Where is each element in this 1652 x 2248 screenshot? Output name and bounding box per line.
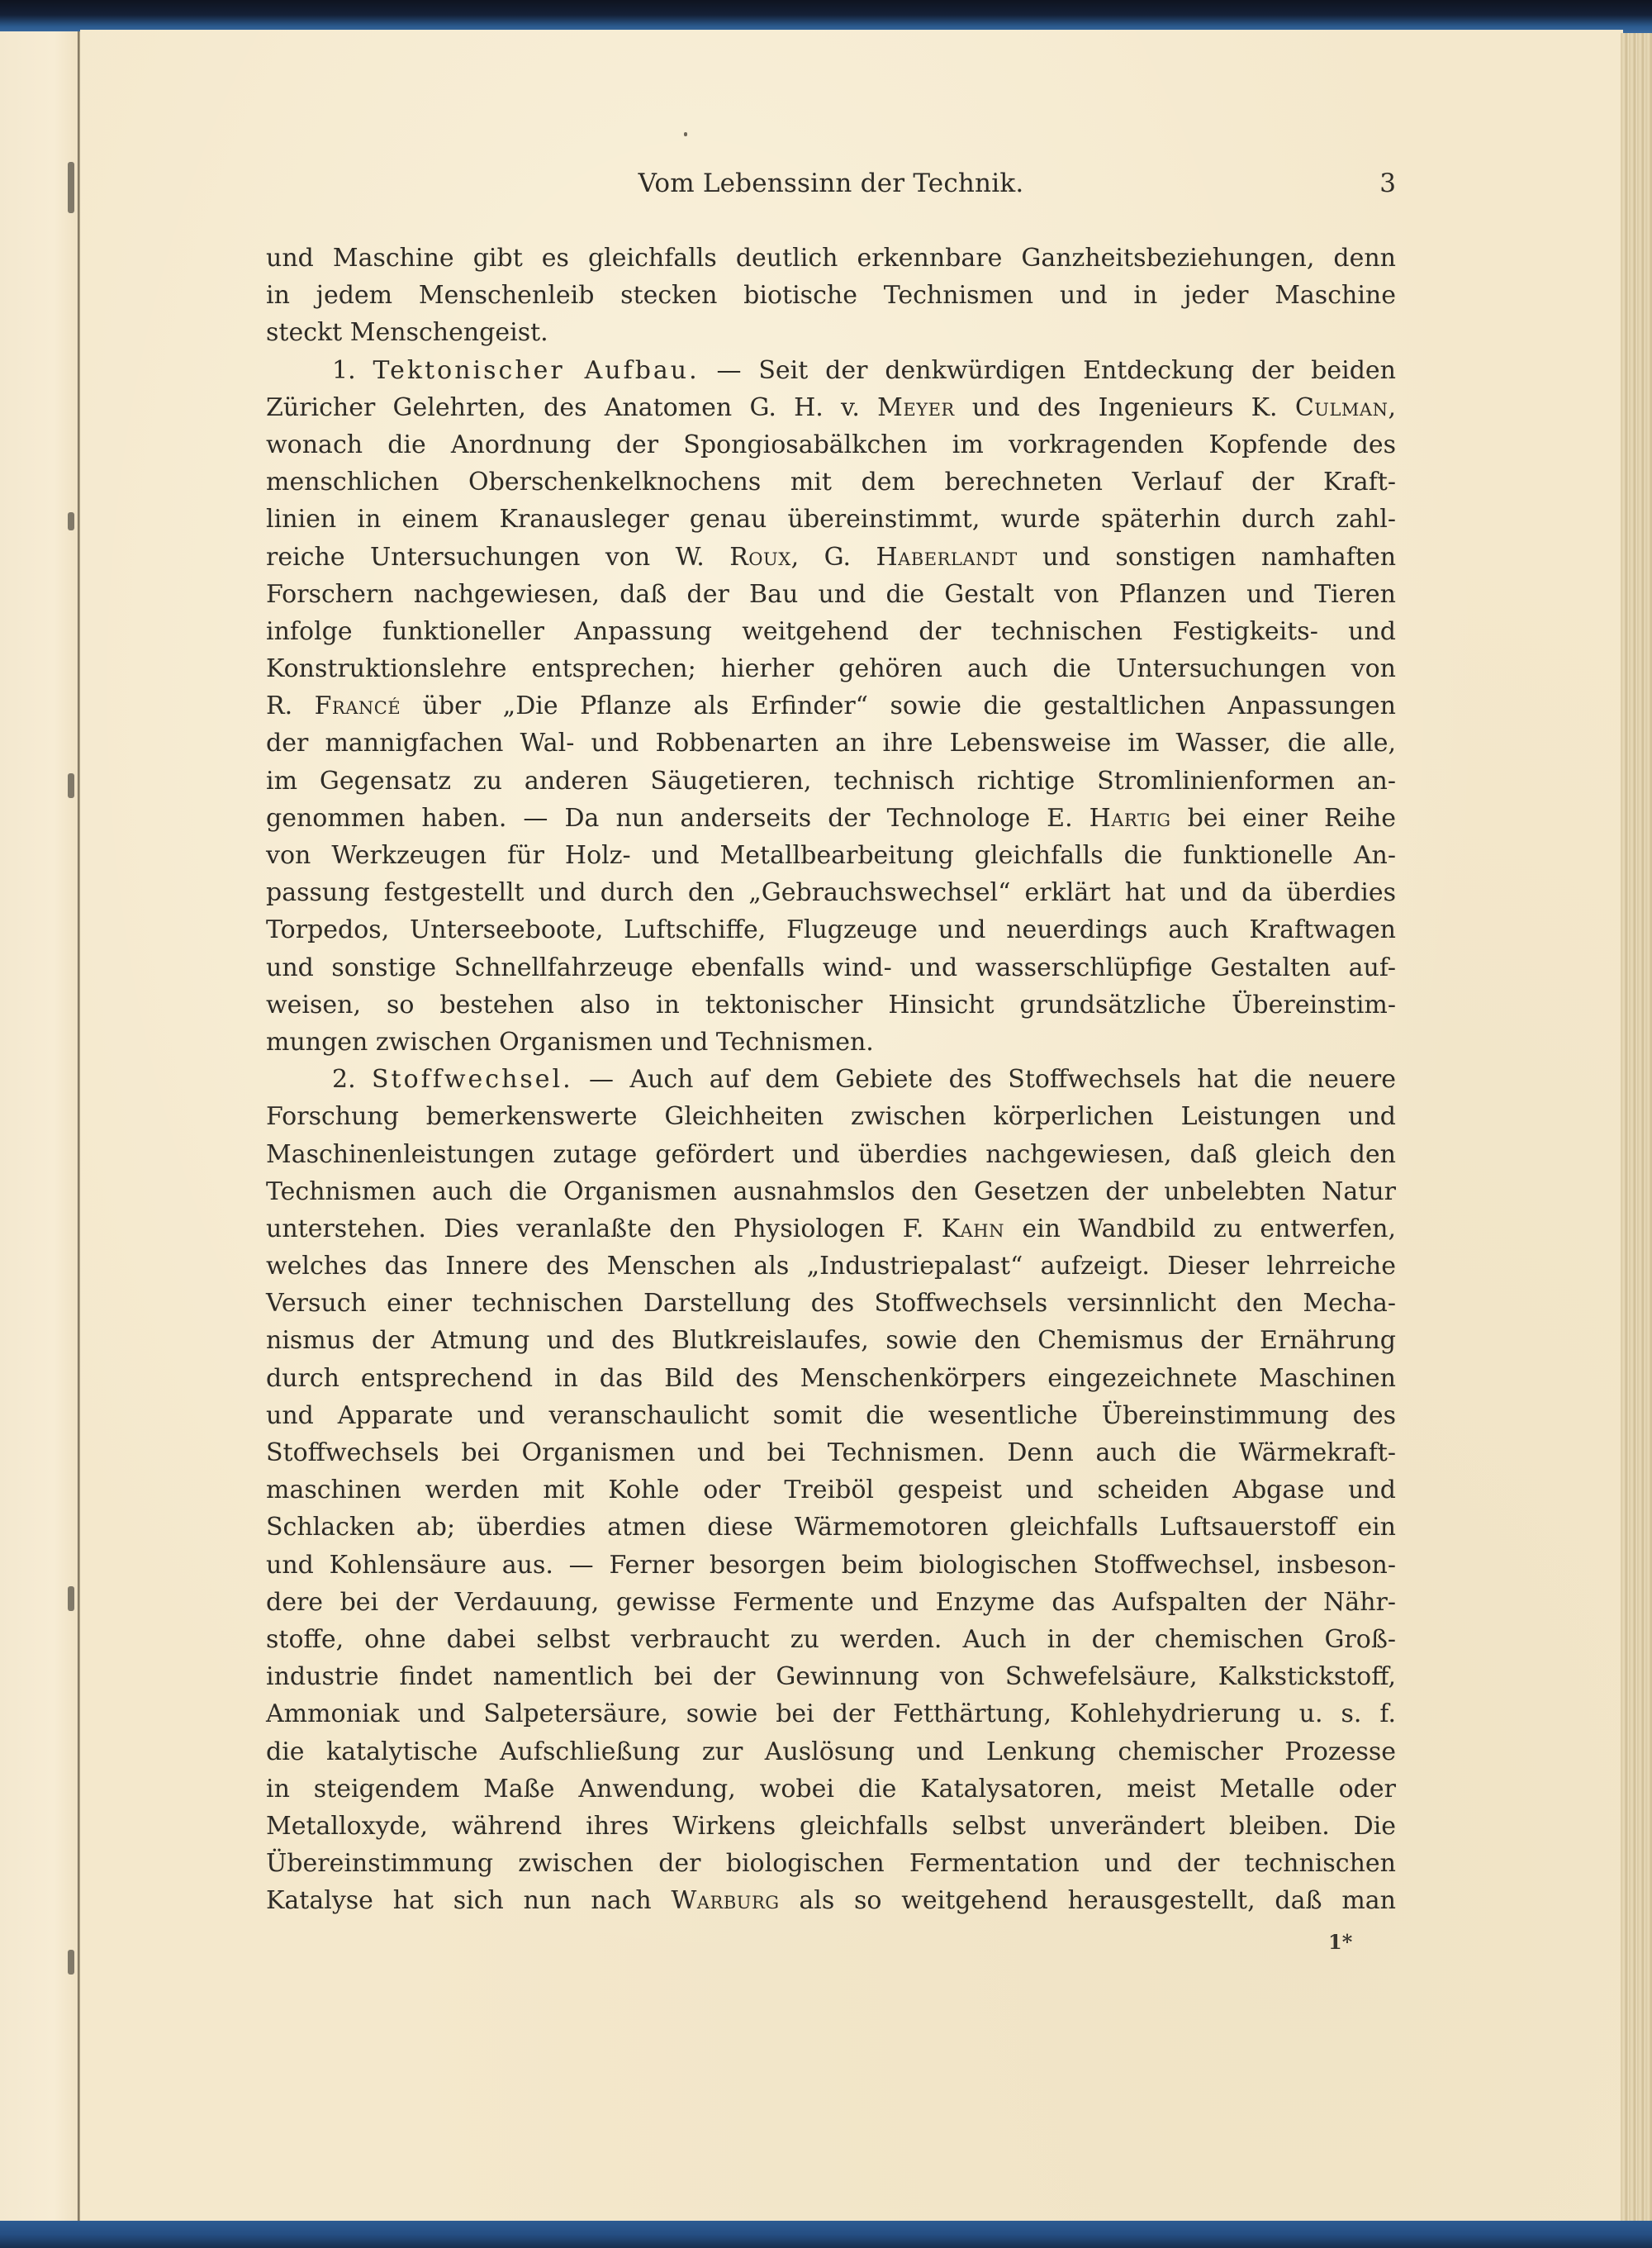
section-number: 2. <box>332 1065 372 1094</box>
text-line: nismus der Atmung und des Blutkreislaufe… <box>266 1322 1396 1359</box>
text-line: 2. Stoffwechsel. — Auch auf dem Gebiete … <box>266 1061 1396 1098</box>
author-name: Warburg <box>672 1886 780 1915</box>
text-run: , <box>1388 393 1396 422</box>
text-run: Forschung bemerkenswerte Gleichheiten zw… <box>266 1102 1396 1131</box>
body-text: und Maschine gibt es gleichfalls deutlic… <box>266 240 1396 1919</box>
text-line: R. Francé über „Die Pflanze als Erfinder… <box>266 687 1396 725</box>
text-line: im Gegensatz zu anderen Säugetieren, tec… <box>266 763 1396 800</box>
text-line: von Werkzeugen für Holz- und Metallbearb… <box>266 837 1396 874</box>
text-run: Technismen auch die Organismen ausnahmsl… <box>266 1177 1396 1206</box>
text-run: bei einer Reihe <box>1171 804 1396 833</box>
text-run: linien in einem Kranausleger genau übere… <box>266 505 1396 534</box>
author-name: Kahn <box>942 1214 1004 1243</box>
text-run: als so weitgehend herausgestellt, daß ma… <box>780 1886 1396 1915</box>
text-run: in jedem Menschenleib stecken biotische … <box>266 281 1396 310</box>
text-line: reiche Untersuchungen von W. Roux, G. Ha… <box>266 539 1396 576</box>
text-run: industrie findet namentlich bei der Gewi… <box>266 1662 1396 1691</box>
running-title: Vom Lebenssinn der Technik. <box>266 169 1396 198</box>
text-line: Versuch einer technischen Darstellung de… <box>266 1285 1396 1322</box>
author-name: Hartig <box>1089 804 1171 833</box>
text-run: — Seit der denkwürdigen Entdeckung der b… <box>700 356 1396 385</box>
text-run: und Kohlensäure aus. — Ferner besorgen b… <box>266 1551 1396 1580</box>
text-line: welches das Innere des Menschen als „Ind… <box>266 1248 1396 1285</box>
binding-thread-mark <box>68 773 74 798</box>
text-line: und sonstige Schnellfahrzeuge ebenfalls … <box>266 949 1396 986</box>
author-name: Culman <box>1295 393 1389 422</box>
text-line: passung festgestellt und durch den „Gebr… <box>266 874 1396 911</box>
text-run: maschinen werden mit Kohle oder Treiböl … <box>266 1476 1396 1504</box>
text-run: Stoffwechsels bei Organismen und bei Tec… <box>266 1438 1396 1467</box>
text-run: Versuch einer technischen Darstellung de… <box>266 1289 1396 1318</box>
text-run: dere bei der Verdauung, gewisse Fermente… <box>266 1588 1396 1617</box>
author-name: Meyer <box>877 393 955 422</box>
text-run: über „Die Pflanze als Erfinder“ sowie di… <box>401 692 1396 720</box>
text-line: und Apparate und veranschaulicht somit d… <box>266 1397 1396 1434</box>
author-name: Francé <box>315 692 401 720</box>
text-run: in steigendem Maße Anwendung, wobei die … <box>266 1775 1396 1804</box>
text-line: die katalytische Aufschließung zur Auslö… <box>266 1733 1396 1770</box>
text-run: R. <box>266 692 315 720</box>
text-run: ein Wandbild zu entwerfen, <box>1004 1214 1396 1243</box>
cloth-binding-bottom <box>0 2221 1652 2248</box>
binding-thread-mark <box>68 1950 74 1975</box>
text-line: Forschern nachgewiesen, daß der Bau und … <box>266 576 1396 613</box>
page-number: 3 <box>1379 169 1396 198</box>
text-run: und sonstige Schnellfahrzeuge ebenfalls … <box>266 953 1396 982</box>
text-run: und sonstigen namhaften <box>1018 543 1396 572</box>
text-run: Übereinstimmung zwischen der biologische… <box>266 1849 1396 1878</box>
text-line: und Kohlensäure aus. — Ferner besorgen b… <box>266 1547 1396 1584</box>
text-run: und des Ingenieurs K. <box>955 393 1295 422</box>
text-run: die katalytische Aufschließung zur Auslö… <box>266 1737 1396 1766</box>
text-run: Konstruktionslehre entsprechen; hierher … <box>266 654 1396 683</box>
text-line: wonach die Anordnung der Spongiosabälkch… <box>266 426 1396 463</box>
binding-thread-mark <box>68 512 74 530</box>
section-number: 1. <box>332 356 373 385</box>
section-heading: Stoffwechsel. <box>372 1065 573 1094</box>
text-run: reiche Untersuchungen von W. <box>266 543 729 572</box>
text-run: der mannigfachen Wal- und Robbenarten an… <box>266 729 1396 758</box>
text-run: passung festgestellt und durch den „Gebr… <box>266 878 1396 907</box>
text-run: Züricher Gelehrten, des Anatomen G. H. v… <box>266 393 877 422</box>
text-line: Züricher Gelehrten, des Anatomen G. H. v… <box>266 389 1396 426</box>
text-line: mungen zwischen Organismen und Technisme… <box>266 1024 1396 1061</box>
text-line: der mannigfachen Wal- und Robbenarten an… <box>266 725 1396 762</box>
text-line: Schlacken ab; überdies atmen diese Wärme… <box>266 1509 1396 1546</box>
text-run: und Maschine gibt es gleichfalls deutlic… <box>266 244 1396 273</box>
text-run: welches das Innere des Menschen als „Ind… <box>266 1252 1396 1281</box>
cloth-binding-top <box>0 0 1652 33</box>
running-header: Vom Lebenssinn der Technik. 3 <box>266 169 1396 205</box>
text-line: linien in einem Kranausleger genau übere… <box>266 501 1396 538</box>
text-run: , G. <box>791 543 876 572</box>
text-run: durch entsprechend in das Bild des Mensc… <box>266 1364 1396 1393</box>
text-line: Ammoniak und Salpetersäure, sowie bei de… <box>266 1695 1396 1732</box>
text-line: Katalyse hat sich nun nach Warburg als s… <box>266 1882 1396 1919</box>
text-line: in steigendem Maße Anwendung, wobei die … <box>266 1770 1396 1808</box>
book-scan: Vom Lebenssinn der Technik. 3 und Maschi… <box>0 0 1652 2248</box>
text-line: Torpedos, Unterseeboote, Luftschiffe, Fl… <box>266 911 1396 948</box>
text-line: in jedem Menschenleib stecken biotische … <box>266 277 1396 314</box>
text-line: weisen, so bestehen also in tektonischer… <box>266 986 1396 1024</box>
text-run: stoffe, ohne dabei selbst verbraucht zu … <box>266 1625 1396 1654</box>
text-run: — Auch auf dem Gebiete des Stoffwechsels… <box>573 1065 1396 1094</box>
text-line: Forschung bemerkenswerte Gleichheiten zw… <box>266 1098 1396 1135</box>
author-name: Roux <box>729 543 790 572</box>
text-run: Torpedos, Unterseeboote, Luftschiffe, Fl… <box>266 915 1396 944</box>
text-run: genommen haben. — Da nun anderseits der … <box>266 804 1089 833</box>
printer-dot <box>684 132 687 136</box>
text-line: und Maschine gibt es gleichfalls deutlic… <box>266 240 1396 277</box>
page-stack-edges <box>1621 33 1652 2222</box>
text-run: mungen zwischen Organismen und Technisme… <box>266 1028 874 1057</box>
section-heading: Tektonischer Aufbau. <box>373 356 699 385</box>
text-line: industrie findet namentlich bei der Gewi… <box>266 1658 1396 1695</box>
text-run: unterstehen. Dies veranlaßte den Physiol… <box>266 1214 942 1243</box>
text-run: Forschern nachgewiesen, daß der Bau und … <box>266 580 1396 609</box>
text-run: von Werkzeugen für Holz- und Metallbearb… <box>266 841 1396 870</box>
text-line: unterstehen. Dies veranlaßte den Physiol… <box>266 1210 1396 1248</box>
text-line: Stoffwechsels bei Organismen und bei Tec… <box>266 1434 1396 1471</box>
text-run: steckt Menschengeist. <box>266 318 548 347</box>
text-line: Technismen auch die Organismen ausnahmsl… <box>266 1173 1396 1210</box>
text-line: maschinen werden mit Kohle oder Treiböl … <box>266 1471 1396 1509</box>
text-line: genommen haben. — Da nun anderseits der … <box>266 800 1396 837</box>
text-run: Metalloxyde, während ihres Wirkens gleic… <box>266 1812 1396 1841</box>
text-run: nismus der Atmung und des Blutkreislaufe… <box>266 1326 1396 1355</box>
text-run: Ammoniak und Salpetersäure, sowie bei de… <box>266 1699 1396 1728</box>
text-line: steckt Menschengeist. <box>266 314 1396 351</box>
text-run: Schlacken ab; überdies atmen diese Wärme… <box>266 1513 1396 1542</box>
author-name: Haberlandt <box>876 543 1017 572</box>
text-run: menschlichen Oberschenkelknochens mit de… <box>266 468 1396 497</box>
text-run: weisen, so bestehen also in tektonischer… <box>266 991 1396 1019</box>
text-line: dere bei der Verdauung, gewisse Fermente… <box>266 1584 1396 1621</box>
text-line: infolge funktioneller Anpassung weitgehe… <box>266 613 1396 650</box>
facing-page-edge <box>0 31 78 2225</box>
text-line: Übereinstimmung zwischen der biologische… <box>266 1845 1396 1882</box>
text-run: Maschinenleistungen zutage gefördert und… <box>266 1140 1396 1169</box>
text-run: im Gegensatz zu anderen Säugetieren, tec… <box>266 767 1396 796</box>
text-run: Katalyse hat sich nun nach <box>266 1886 672 1915</box>
signature-mark: 1* <box>1328 1930 1352 1954</box>
text-line: stoffe, ohne dabei selbst verbraucht zu … <box>266 1621 1396 1658</box>
text-run: und Apparate und veranschaulicht somit d… <box>266 1401 1396 1430</box>
text-line: menschlichen Oberschenkelknochens mit de… <box>266 463 1396 501</box>
text-line: Maschinenleistungen zutage gefördert und… <box>266 1136 1396 1173</box>
text-line: durch entsprechend in das Bild des Mensc… <box>266 1360 1396 1397</box>
text-line: 1. Tektonischer Aufbau. — Seit der denkw… <box>266 352 1396 389</box>
text-run: infolge funktioneller Anpassung weitgehe… <box>266 617 1396 646</box>
binding-thread-mark <box>68 1586 74 1611</box>
text-line: Konstruktionslehre entsprechen; hierher … <box>266 650 1396 687</box>
text-run: wonach die Anordnung der Spongiosabälkch… <box>266 430 1396 459</box>
binding-thread-mark <box>68 162 74 213</box>
text-line: Metalloxyde, während ihres Wirkens gleic… <box>266 1808 1396 1845</box>
